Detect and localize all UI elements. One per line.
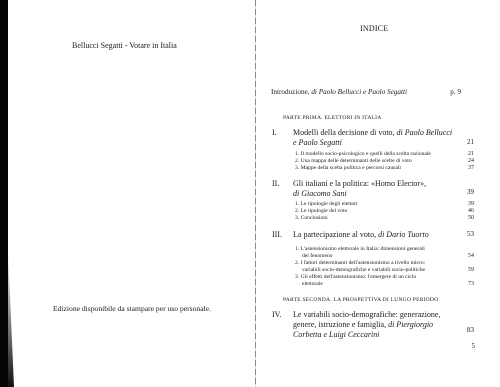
chapter-2-section-2-page: 46	[454, 208, 474, 214]
chapter-2-section-1-page: 39	[454, 201, 474, 207]
chapter-3-section-3-line1: 3. Gli effetti dell'astensionismo: l'eme…	[295, 274, 416, 280]
intro-page: p. 9	[450, 88, 461, 96]
chapter-4-authors-a: di Piergiorgio	[388, 320, 433, 329]
chapter-3-section-2-line2: variabili socio-demografiche e variabili…	[295, 267, 425, 273]
toc-intro[interactable]: Introduzione, di Paolo Bellucci e Paolo …	[271, 88, 407, 96]
chapter-2-section-3[interactable]: 3. Conclusioni	[295, 215, 465, 222]
chapter-1-section-1-page: 21	[454, 151, 474, 157]
chapter-3-section-1-page: 54	[454, 253, 474, 259]
part-one-heading: PARTE PRIMA. ELETTORI IN ITALIA	[283, 115, 381, 121]
chapter-3-number: III.	[272, 230, 282, 239]
chapter-2-page: 39	[454, 188, 474, 196]
page-folio: 5	[455, 342, 475, 350]
chapter-4-number: IV.	[272, 310, 281, 319]
chapter-4-authors-b: Corbetta e Luigi Ceccarini	[293, 330, 379, 339]
chapter-3-authors: di Dario Tuorto	[378, 230, 429, 239]
chapter-2-section-1[interactable]: 1. Le tipologie degli elettori	[295, 201, 465, 208]
chapter-1-section-2-page: 24	[454, 158, 474, 164]
chapter-3-section-3[interactable]: 3. Gli effetti dell'astensionismo: l'eme…	[295, 274, 480, 287]
page-title: INDICE	[360, 24, 388, 33]
chapter-2-section-3-page: 50	[454, 215, 474, 221]
chapter-1-section-2[interactable]: 2. Una mappa delle determinanti delle sc…	[295, 158, 465, 165]
chapter-1-section-1[interactable]: 1. Il modello socio-psicologico e quelli…	[295, 151, 465, 158]
chapter-3-title-text: La partecipazione al voto,	[293, 230, 376, 239]
chapter-1-section-3[interactable]: 3. Mappe della scelta politica e percors…	[295, 165, 465, 172]
chapter-4-title-line2: genere, istruzione e famiglia,	[293, 320, 386, 329]
chapter-1-title-text: Modelli della decisione di voto,	[293, 128, 395, 137]
chapter-2-section-2[interactable]: 2. Le tipologie del voto	[295, 208, 465, 215]
left-page-header: Bellucci Segatti - Votare in Italia	[72, 41, 177, 50]
chapter-1-number: I.	[272, 128, 277, 137]
chapter-3-section-1-line2: del fenomeno	[295, 253, 333, 259]
chapter-4-title-line1: Le variabili socio-demografiche: generaz…	[293, 310, 440, 319]
chapter-2-number: II.	[272, 179, 279, 188]
chapter-3-section-3-line2: elettorale	[295, 281, 323, 287]
chapter-1-authors-a: di Paolo Bellucci	[397, 128, 453, 137]
scan-edge-shadow	[0, 0, 8, 387]
intro-label: Introduzione,	[271, 88, 310, 96]
scan-edge-taper	[8, 250, 14, 387]
left-page-footer: Edizione disponibile da stampare per uso…	[53, 304, 211, 313]
chapter-4-page: 83	[454, 326, 474, 334]
chapter-3-section-2-line1: 2. I fattori determinanti dell'astension…	[295, 260, 425, 266]
chapter-1-authors-b: e Paolo Segatti	[293, 138, 342, 147]
chapter-2-authors: di Giacomo Sani	[293, 189, 347, 198]
chapter-3-section-3-page: 73	[454, 281, 474, 287]
chapter-4-title[interactable]: Le variabili socio-demografiche: generaz…	[293, 310, 483, 340]
chapter-3-page: 53	[454, 230, 474, 238]
chapter-3-section-1-line1: 1. L'astensionismo elettorale in Italia:…	[295, 246, 425, 252]
chapter-3-section-2-page: 59	[454, 267, 474, 273]
part-two-heading: PARTE SECONDA. LA PROSPETTIVA DI LUNGO P…	[283, 297, 438, 303]
chapter-3-section-2[interactable]: 2. I fattori determinanti dell'astension…	[295, 260, 480, 273]
intro-authors: di Paolo Bellucci e Paolo Segatti	[311, 88, 407, 96]
chapter-1-page: 21	[454, 138, 474, 146]
chapter-3-section-1[interactable]: 1. L'astensionismo elettorale in Italia:…	[295, 246, 480, 259]
book-spine	[255, 0, 256, 387]
chapter-1-section-3-page: 37	[454, 165, 474, 171]
chapter-2-title-text: Gli italiani e la politica: «Homo Electo…	[293, 179, 426, 188]
